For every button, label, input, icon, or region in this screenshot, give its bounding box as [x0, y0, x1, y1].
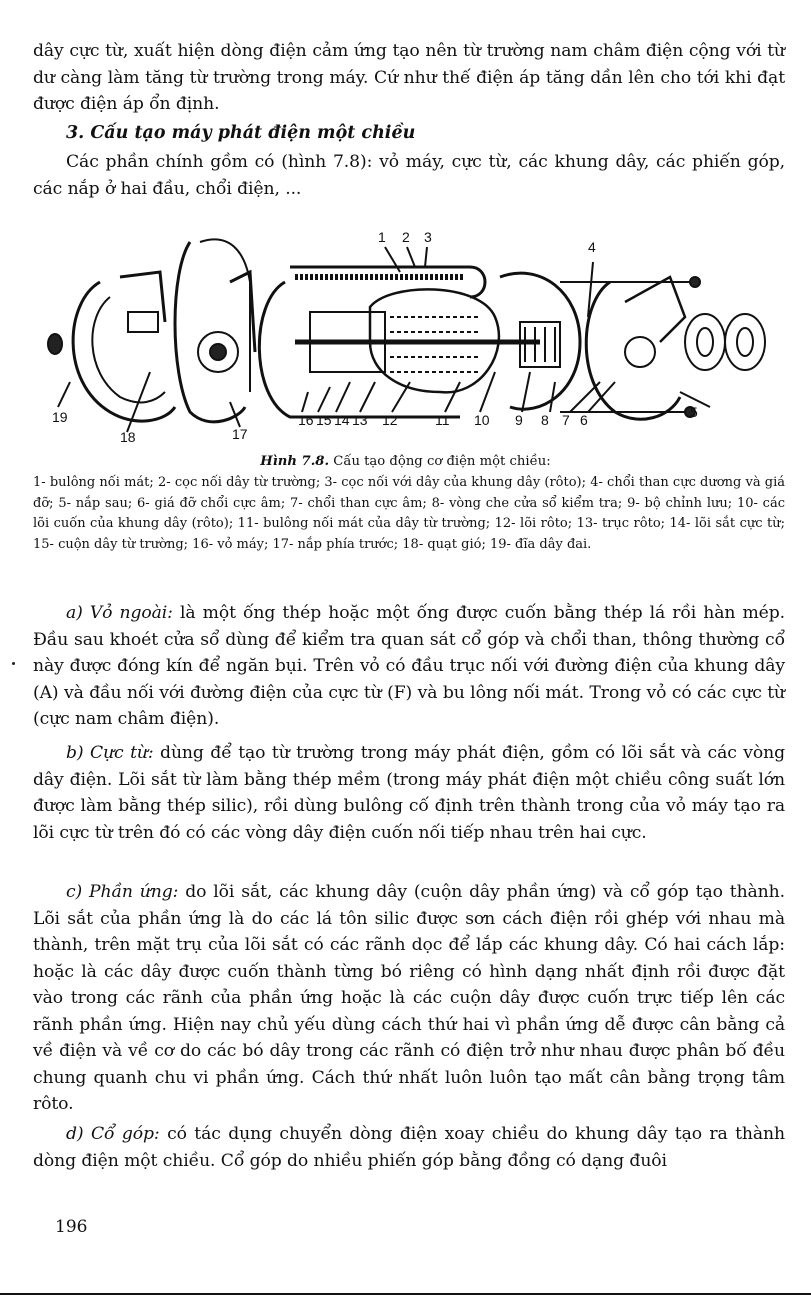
- section-a-paragraph: a) Vỏ ngoài: là một ống thép hoặc một ốn…: [33, 600, 785, 733]
- label-8: 8: [541, 412, 549, 428]
- section-heading-block: 3. Cấu tạo máy phát điện một chiều: [33, 120, 785, 146]
- continuation-paragraph: dây cực từ, xuất hiện dòng điện cảm ứng …: [33, 38, 785, 118]
- intro-paragraph: Các phần chính gồm có (hình 7.8): vỏ máy…: [33, 149, 785, 202]
- label-3: 3: [424, 229, 432, 245]
- section-b: b) Cực từ: dùng để tạo từ trường trong m…: [33, 740, 785, 846]
- diagram-labels: 1 2 3 4 5 6 7 8 9 10 11 12 13 14 15 16 1…: [40, 222, 780, 452]
- book-page: dây cực từ, xuất hiện dòng điện cảm ứng …: [0, 0, 811, 1297]
- continuation-block: dây cực từ, xuất hiện dòng điện cảm ứng …: [33, 38, 785, 118]
- section-c-text: do lõi sắt, các khung dây (cuộn dây phần…: [33, 882, 785, 1114]
- page-number: 196: [55, 1217, 87, 1237]
- label-9: 9: [515, 412, 523, 428]
- section-c-lead: c) Phần ứng:: [66, 882, 178, 902]
- section-a: a) Vỏ ngoài: là một ống thép hoặc một ốn…: [33, 600, 785, 733]
- label-16: 16: [298, 412, 314, 428]
- label-7: 7: [562, 412, 570, 428]
- label-19: 19: [52, 409, 68, 425]
- dc-motor-exploded-diagram: 1 2 3 4 5 6 7 8 9 10 11 12 13 14 15 16 1…: [40, 222, 780, 452]
- section-b-lead: b) Cực từ:: [66, 743, 154, 763]
- section-heading: 3. Cấu tạo máy phát điện một chiều: [33, 120, 785, 146]
- label-17: 17: [232, 426, 248, 442]
- label-13: 13: [352, 412, 368, 428]
- label-12: 12: [382, 412, 398, 428]
- label-1: 1: [378, 229, 386, 245]
- scan-speck: [12, 662, 15, 665]
- label-4: 4: [588, 239, 596, 255]
- bottom-rule: [0, 1293, 811, 1295]
- label-15: 15: [316, 412, 332, 428]
- section-c-paragraph: c) Phần ứng: do lõi sắt, các khung dây (…: [33, 879, 785, 1118]
- label-2: 2: [402, 229, 410, 245]
- intro-block: Các phần chính gồm có (hình 7.8): vỏ máy…: [33, 149, 785, 202]
- section-d-lead: d) Cổ góp:: [66, 1124, 160, 1144]
- figure-title: Cấu tạo động cơ điện một chiều:: [333, 454, 550, 469]
- label-10: 10: [474, 412, 490, 428]
- label-5: 5: [690, 404, 698, 420]
- section-a-lead: a) Vỏ ngoài:: [66, 603, 173, 623]
- label-18: 18: [120, 429, 136, 445]
- section-b-paragraph: b) Cực từ: dùng để tạo từ trường trong m…: [33, 740, 785, 846]
- label-6: 6: [580, 412, 588, 428]
- label-11: 11: [435, 412, 450, 428]
- figure-legend: 1- bulông nối mát; 2- cọc nối dây từ trư…: [33, 473, 785, 555]
- figure-caption: Hình 7.8. Cấu tạo động cơ điện một chiều…: [0, 452, 811, 472]
- section-c: c) Phần ứng: do lõi sắt, các khung dây (…: [33, 879, 785, 1118]
- section-d: d) Cổ góp: có tác dụng chuyển dòng điện …: [33, 1121, 785, 1174]
- figure-number: Hình 7.8.: [260, 454, 329, 469]
- section-d-paragraph: d) Cổ góp: có tác dụng chuyển dòng điện …: [33, 1121, 785, 1174]
- label-14: 14: [334, 412, 350, 428]
